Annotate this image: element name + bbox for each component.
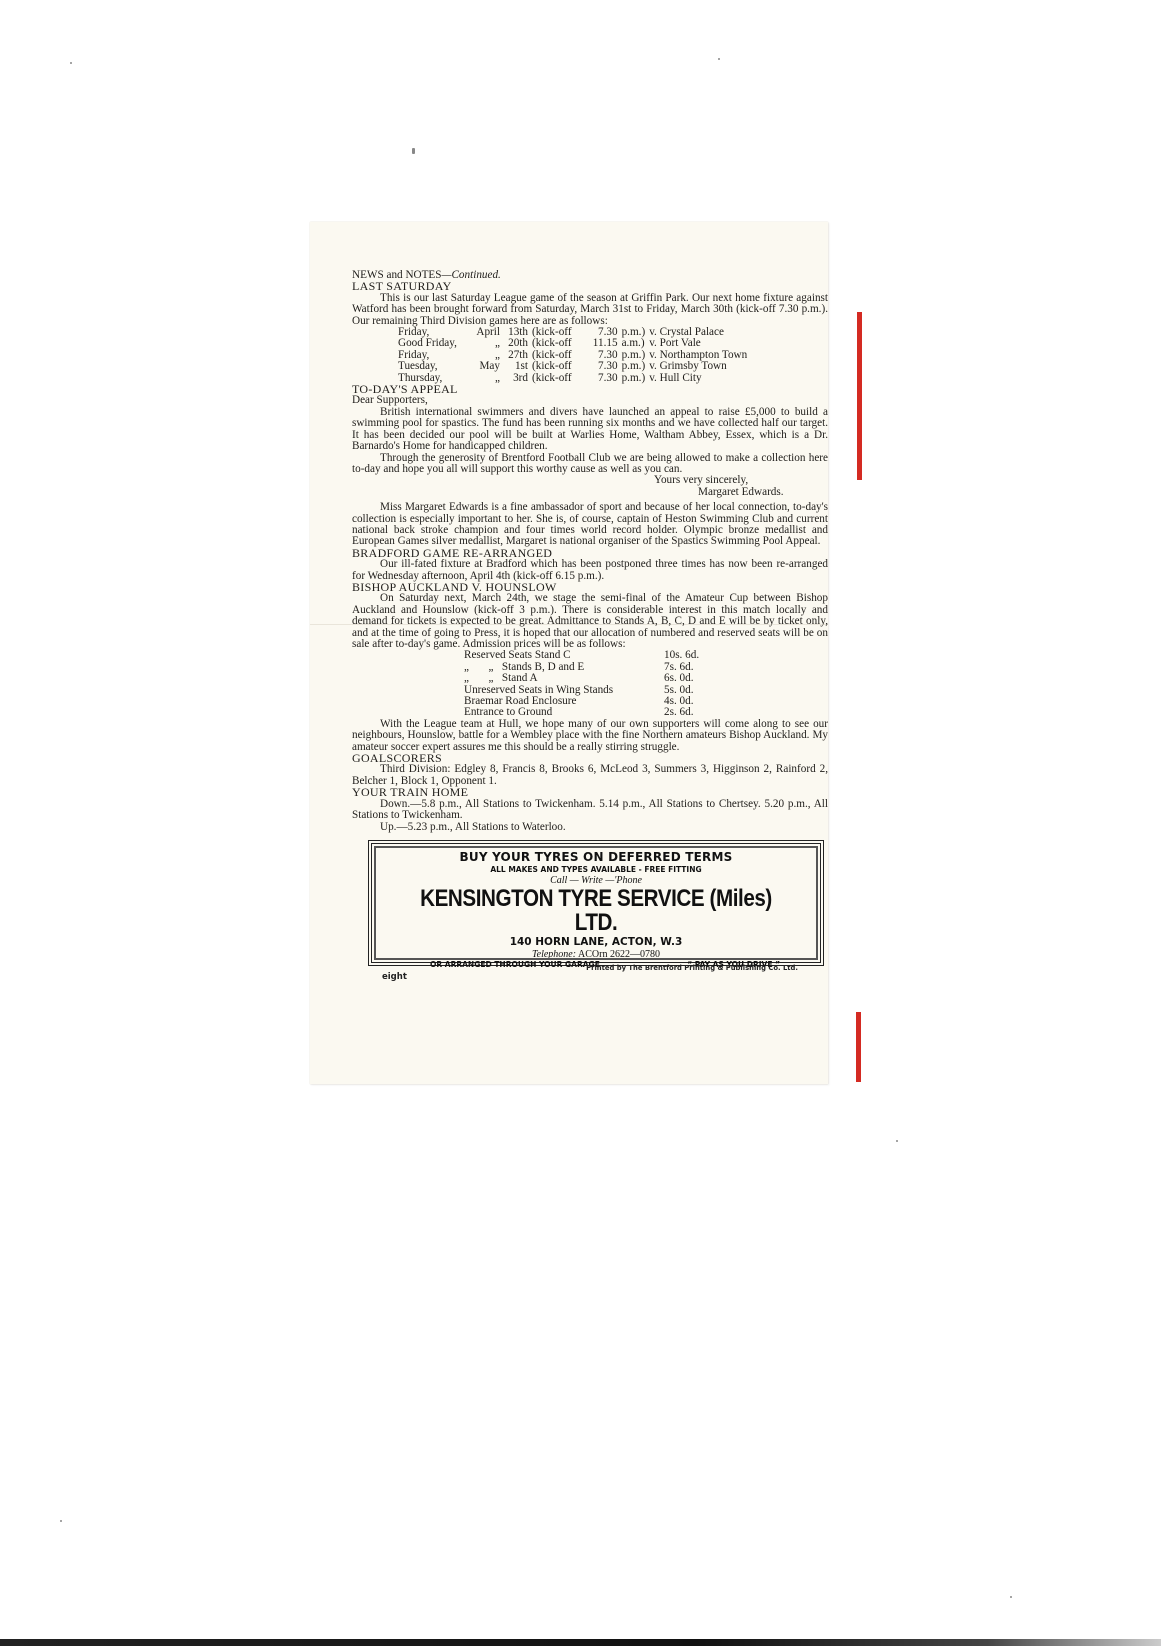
appeal-paragraph-3: Miss Margaret Edwards is a fine ambassad… [352,502,828,548]
printer-credit: Printed by The Brentford Printing & Publ… [586,964,798,972]
last-saturday-paragraph: This is our last Saturday League game of… [352,293,828,327]
train-up: Up.—5.23 p.m., All Stations to Waterloo. [352,822,828,833]
fixture-month: May [466,361,504,372]
bishop-paragraph: On Saturday next, March 24th, we stage t… [352,593,828,650]
ad-address: 140 HORN LANE, ACTON, W.3 [372,936,820,948]
speck [718,58,720,60]
fixture-kickoff: (kick-off [532,373,576,384]
speck [70,62,72,64]
fixture-ampm: p.m.) [622,361,650,372]
appeal-closing: Yours very sincerely, [352,475,828,486]
fixture-time: 7.30 [576,361,622,372]
bishop-paragraph-2: With the League team at Hull, we hope ma… [352,719,828,753]
speck [896,1140,898,1142]
red-cover-edge [856,1012,861,1082]
appeal-paragraph-2: Through the generosity of Brentford Foot… [352,453,828,476]
ad-headline: BUY YOUR TYRES ON DEFERRED TERMS [372,850,820,864]
fixture-opponent: v. Hull City [649,373,751,384]
scanner-edge [0,1639,1161,1646]
programme-page: NEWS and NOTES—Continued. LAST SATURDAY … [310,222,828,1084]
fixture-row: Tuesday,May1st(kick-off7.30p.m.)v. Grims… [398,361,751,372]
fixture-date: 1st [504,361,532,372]
ad-left-tag: OR ARRANGED THROUGH YOUR GARAGE [430,960,600,969]
fixture-opponent: v. Grimsby Town [649,361,751,372]
news-and-notes: NEWS and NOTES—Continued. LAST SATURDAY … [352,270,828,833]
speck [1010,1596,1012,1598]
speck [412,148,415,154]
page-number: eight [382,972,407,982]
ad-subline: ALL MAKES AND TYPES AVAILABLE - FREE FIT… [372,865,820,874]
ad-company-name: KENSINGTON TYRE SERVICE (Miles) LTD. [403,887,788,935]
price-row: „ „ Stand A6s. 0d. [464,673,699,684]
fixture-date: 3rd [504,373,532,384]
ad-telephone-label: Telephone: [532,949,576,960]
ad-telephone: Telephone: ACOrn 2622—0780 [372,949,820,960]
fixtures-table: Friday,April13th(kick-off7.30p.m.)v. Cry… [398,327,751,384]
goalscorers-paragraph: Third Division: Edgley 8, Francis 8, Bro… [352,764,828,787]
bradford-paragraph: Our ill-fated fixture at Bradford which … [352,559,828,582]
fixture-ampm: p.m.) [622,373,650,384]
fixture-time: 7.30 [576,373,622,384]
price-label: „ „ Stand A [464,673,664,684]
price-value: 6s. 0d. [664,673,699,684]
fixture-month: „ [466,373,504,384]
ad-telephone-number: ACOrn 2622—0780 [578,949,660,960]
appeal-paragraph-1: British international swimmers and diver… [352,407,828,453]
red-cover-edge [857,312,862,480]
train-down: Down.—5.8 p.m., All Stations to Twickenh… [352,799,828,822]
tyre-advertisement: BUY YOUR TYRES ON DEFERRED TERMS ALL MAK… [368,840,824,966]
appeal-signature: Margaret Edwards. [352,487,828,498]
fixture-day: Tuesday, [398,361,466,372]
speck [60,1520,62,1522]
fixture-kickoff: (kick-off [532,361,576,372]
train-heading: YOUR TRAIN HOME [352,787,828,798]
admission-prices-table: Reserved Seats Stand C10s. 6d.„ „ Stands… [464,650,699,718]
